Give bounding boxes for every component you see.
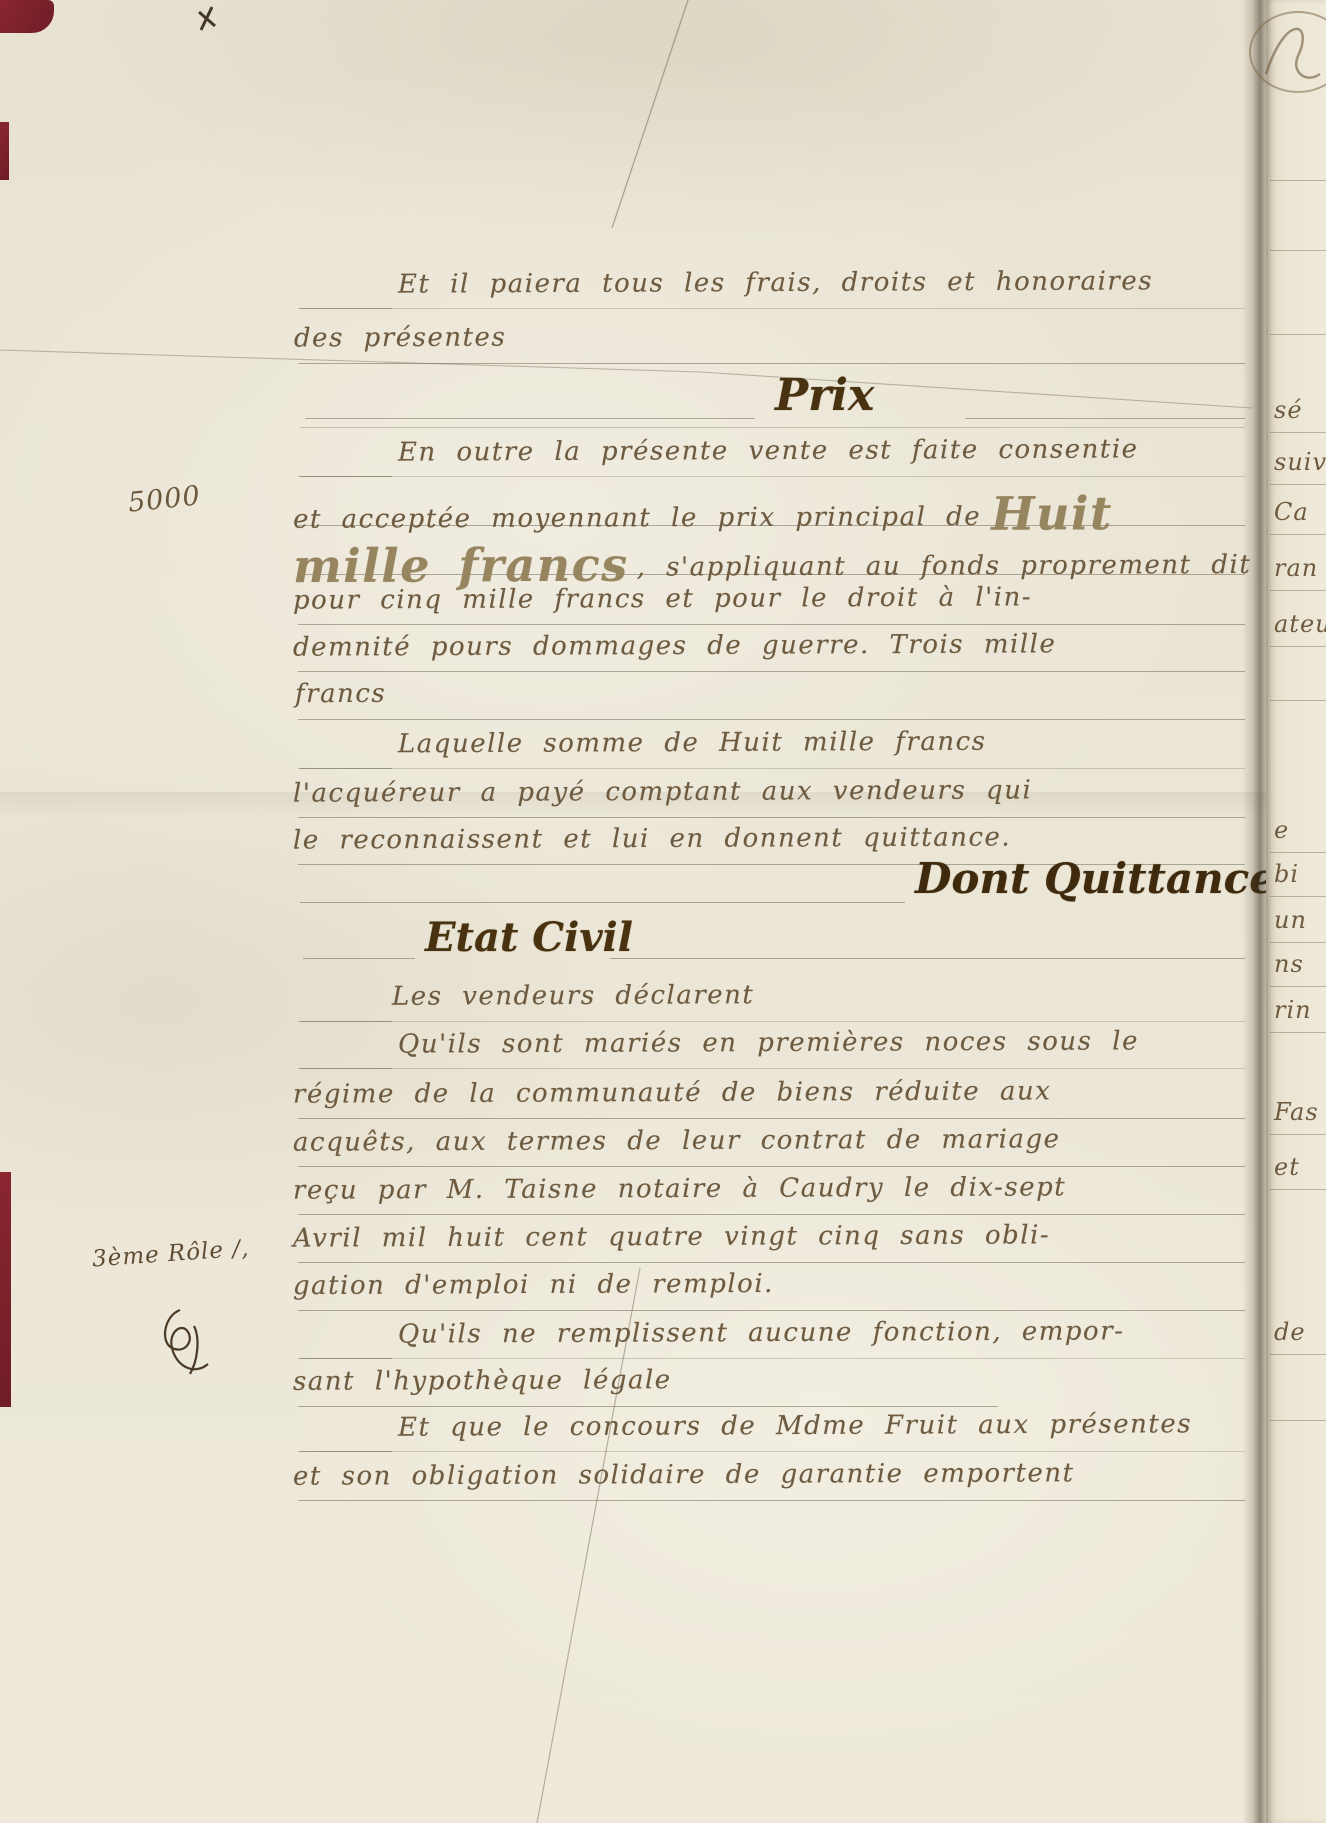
paraph-signature-icon [150,1298,230,1388]
binding-edge-strip [0,1172,11,1407]
adjacent-ruled-line [1270,1032,1326,1033]
adjacent-page-fragment: ran [1274,556,1318,580]
manuscript-line: l'acquéreur a payé comptant aux vendeurs… [293,777,1032,806]
baseline-rule [303,958,415,959]
manuscript-line: francs [295,681,386,707]
adjacent-page-fragment: sé [1274,398,1303,422]
manuscript-line: et son obligation solidaire de garantie … [293,1460,1075,1489]
margin-role-note: 3ème Rôle /, [91,1238,250,1272]
manuscript-line: Les vendeurs déclarent [392,982,754,1010]
baseline-rule [965,418,1245,419]
adjacent-ruled-line [1270,1354,1326,1355]
baseline-rule [298,363,1245,364]
adjacent-page-fragment: rin [1274,998,1312,1022]
baseline-rule [298,476,1245,477]
baseline-rule [298,1451,1245,1452]
binding-edge-strip [0,122,9,180]
adjacent-page-fragment: et [1274,1155,1300,1179]
manuscript-line: et acceptée moyennant le prix principal … [293,485,1113,535]
manuscript-line: acquêts, aux termes de leur contrat de m… [293,1126,1061,1155]
section-heading-prix: Prix [775,374,874,418]
baseline-rule [298,1068,1245,1069]
adjacent-ruled-line [1270,334,1326,335]
baseline-rule [298,308,1245,309]
manuscript-line: sant l'hypothèque légale [293,1367,672,1395]
baseline-rule [298,671,1245,672]
adjacent-ruled-line [1270,852,1326,853]
section-heading-etat-civil: Etat Civil [425,918,633,958]
manuscript-line: Et il paiera tous les frais, droits et h… [398,268,1153,297]
binding-cover-corner [0,0,54,33]
adjacent-page-fragment: Ca [1274,500,1309,524]
manuscript-line: le reconnaissent et lui en donnent quitt… [293,824,1011,853]
adjacent-ruled-line [1270,942,1326,943]
baseline-rule [298,1166,1245,1167]
manuscript-line: Laquelle somme de Huit mille francs [398,729,987,758]
manuscript-line: mille francs, s'appliquant au fonds prop… [293,534,1251,584]
adjacent-page-fragment: ateur [1274,612,1326,636]
baseline-rule [298,1406,998,1407]
top-edge-cross-mark [196,5,220,33]
baseline-rule [300,427,1245,428]
adjacent-ruled-line [1270,534,1326,535]
adjacent-ruled-line [1270,250,1326,251]
baseline-rule [305,418,755,419]
adjacent-ruled-line [1270,484,1326,485]
baseline-rule [298,1021,1245,1022]
baseline-rule [300,902,905,903]
adjacent-ruled-line [1270,986,1326,987]
adjacent-page-fragment: un [1274,908,1307,932]
manuscript-line: Qu'ils ne remplissent aucune fonction, e… [398,1318,1125,1347]
margin-amount-note: 5000 [127,482,202,516]
adjacent-ruled-line [1270,1189,1326,1190]
adjacent-ruled-line [1270,896,1326,897]
manuscript-line: reçu par M. Taisne notaire à Caudry le d… [293,1174,1066,1203]
manuscript-line: demnité pours dommages de guerre. Trois … [293,631,1056,660]
adjacent-page-fragment: de [1274,1320,1306,1344]
adjacent-ruled-line [1270,432,1326,433]
adjacent-ruled-line [1270,646,1326,647]
page-fold-shadow [1242,0,1268,1823]
adjacent-page-fragment: ns [1274,952,1304,976]
baseline-rule [298,768,1245,769]
manuscript-line: gation d'emploi ni de remploi. [293,1271,774,1299]
adjacent-ruled-line [1270,590,1326,591]
adjacent-ruled-line [1270,1134,1326,1135]
baseline-rule [298,1262,1245,1263]
document-page: Et il paiera tous les frais, droits et h… [0,0,1326,1823]
adjacent-ruled-line [1270,180,1326,181]
manuscript-line: pour cinq mille francs et pour le droit … [293,584,1032,613]
section-heading-dont-quittance: Dont Quittance [915,858,1276,900]
manuscript-line: Avril mil huit cent quatre vingt cinq sa… [293,1222,1050,1251]
baseline-rule [298,1358,1245,1359]
manuscript-line: En outre la présente vente est faite con… [398,436,1139,465]
baseline-rule [298,817,1245,818]
adjacent-ruled-line [1270,1420,1326,1421]
baseline-rule [298,1118,1245,1119]
adjacent-page-fragment: bi [1274,862,1299,886]
manuscript-line: Qu'ils sont mariés en premières noces so… [398,1028,1139,1057]
manuscript-line: Et que le concours de Mdme Fruit aux pré… [398,1411,1192,1440]
line-text: et acceptée moyennant le prix principal … [293,502,981,535]
adjacent-page-fragment: e [1274,818,1289,842]
manuscript-line: régime de la communauté de biens réduite… [293,1078,1051,1107]
baseline-rule [298,1214,1245,1215]
adjacent-page-fragment: Fas [1274,1100,1319,1124]
overwritten-amount-word: Huit [991,486,1113,541]
baseline-rule [298,1310,1245,1311]
baseline-rule [610,958,1245,959]
adjacent-ruled-line [1270,700,1326,701]
adjacent-page-fragment: suiv [1274,450,1326,474]
baseline-rule [298,719,1245,720]
line-text: , s'appliquant au fonds proprement dit [637,550,1252,583]
baseline-rule [298,624,1245,625]
manuscript-line: des présentes [294,325,506,352]
baseline-rule [298,1500,1245,1501]
